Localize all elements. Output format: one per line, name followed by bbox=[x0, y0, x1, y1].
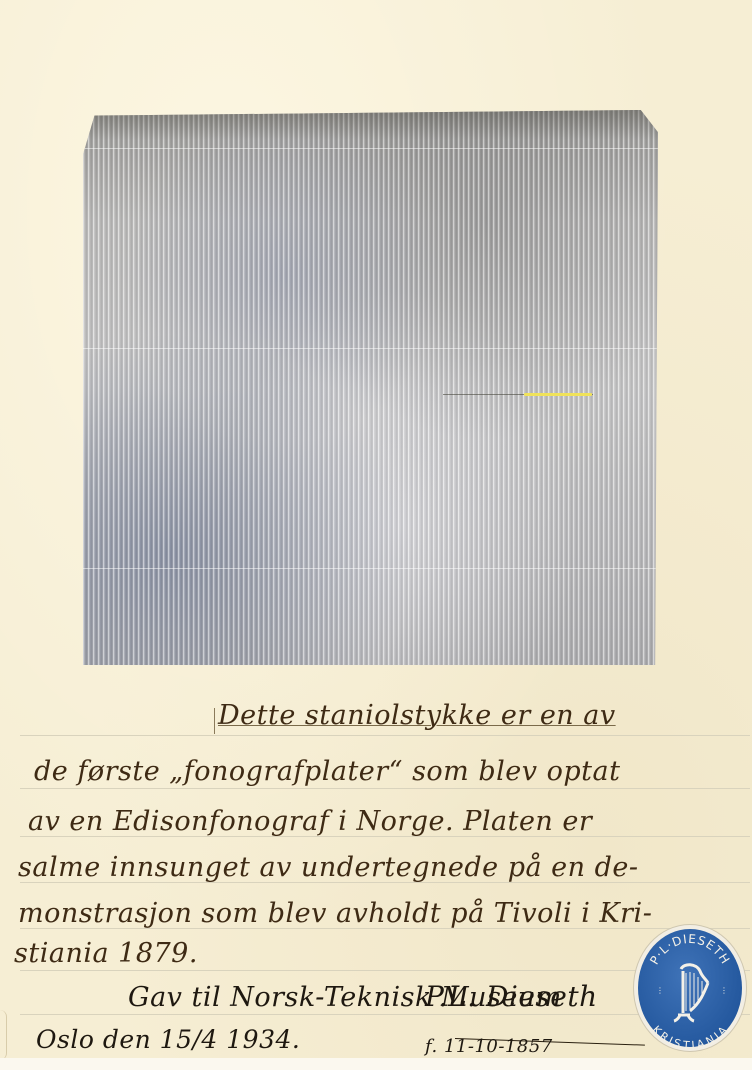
svg-text:P·L·DIESETH: P·L·DIESETH bbox=[647, 932, 733, 967]
text-line-4: salme innsunget av undertegnede på en de… bbox=[18, 852, 639, 883]
svg-text:⋮: ⋮ bbox=[720, 986, 728, 995]
foil-crease bbox=[83, 568, 658, 569]
text-line-5: monstrasjon som blev avholdt på Tivoli i… bbox=[18, 898, 652, 929]
seal-top-text: P·L·DIESETH bbox=[647, 932, 733, 967]
text-line-2: de første „fonografplater“ som blev opta… bbox=[34, 756, 620, 787]
text-line-3: av en Edisonfonograf i Norge. Platen er bbox=[28, 806, 592, 837]
harp-icon: P·L·DIESETH KRISTIANIA ⋮ ⋮ bbox=[634, 925, 746, 1051]
text-line-1: Dette staniolstykke er en av bbox=[218, 700, 616, 731]
yellow-tape bbox=[524, 393, 592, 396]
birth-note: f. 11-10-1857 bbox=[425, 1036, 553, 1057]
svg-text:⋮: ⋮ bbox=[656, 986, 664, 995]
margin-mark bbox=[214, 708, 215, 734]
svg-text:KRISTIANIA: KRISTIANIA bbox=[650, 1023, 731, 1051]
text-line-6: stiania 1879. bbox=[14, 938, 198, 969]
dieseth-seal: P·L·DIESETH KRISTIANIA ⋮ ⋮ bbox=[634, 925, 746, 1051]
tinfoil-recording bbox=[83, 110, 658, 665]
ruled-line bbox=[20, 788, 750, 789]
foil-crease bbox=[83, 348, 658, 349]
paper-edge bbox=[0, 1010, 7, 1060]
scan-margin bbox=[0, 1058, 752, 1070]
foil-crease bbox=[83, 148, 658, 149]
place-date: Oslo den 15/4 1934. bbox=[36, 1025, 300, 1054]
ruled-line bbox=[20, 735, 750, 736]
signature: P.L. Dieseth bbox=[425, 980, 598, 1013]
seal-bottom-text: KRISTIANIA bbox=[650, 1023, 731, 1051]
